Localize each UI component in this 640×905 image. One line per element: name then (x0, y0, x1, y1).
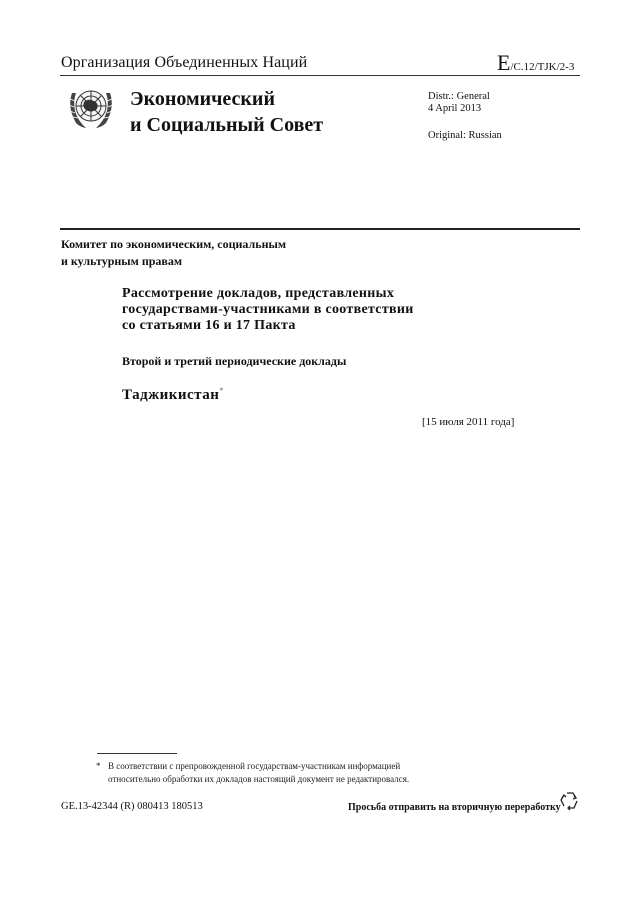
footnote-mark: * (96, 760, 101, 773)
agenda-line2: государствами-участниками в соответствии (122, 302, 414, 318)
un-emblem-icon (64, 83, 118, 133)
report-subtitle: Второй и третий периодические доклады (122, 354, 346, 369)
council-title-line2: и Социальный Совет (130, 112, 323, 138)
country-heading: Таджикистан* (122, 386, 224, 404)
received-date: [15 июля 2011 года] (422, 416, 514, 428)
organization-name: Организация Объединенных Наций (61, 54, 307, 72)
section-divider (60, 228, 580, 230)
committee-line2: и культурным правам (61, 253, 286, 270)
symbol-rest: /C.12/TJK/2-3 (510, 61, 574, 73)
footnote-divider (97, 753, 177, 754)
header-divider (60, 75, 580, 76)
council-title-line1: Экономический (130, 86, 323, 112)
committee-name: Комитет по экономическим, социальным и к… (61, 236, 286, 270)
footnote-reference[interactable]: * (219, 386, 224, 395)
country-name: Таджикистан (122, 387, 219, 403)
agenda-line1: Рассмотрение докладов, представленных (122, 286, 414, 302)
document-symbol: E/C.12/TJK/2-3 (497, 50, 574, 76)
original-language: Original: Russian (428, 130, 502, 141)
distribution-type: Distr.: General (428, 91, 490, 103)
footnote: * В соответствии с препровожденной госуд… (108, 760, 409, 786)
footnote-line2: относительно обработки их докладов насто… (108, 773, 409, 786)
committee-line1: Комитет по экономическим, социальным (61, 236, 286, 253)
symbol-prefix: E (497, 50, 510, 75)
recycle-icon (558, 789, 582, 813)
issue-date: 4 April 2013 (428, 103, 490, 115)
distribution-block: Distr.: General 4 April 2013 (428, 91, 490, 115)
job-number: GE.13-42344 (R) 080413 180513 (61, 801, 203, 812)
council-title: Экономический и Социальный Совет (130, 86, 323, 138)
agenda-line3: со статьями 16 и 17 Пакта (122, 318, 414, 334)
footnote-line1: В соответствии с препровожденной государ… (108, 760, 409, 773)
agenda-title: Рассмотрение докладов, представленных го… (122, 286, 414, 334)
recycle-notice: Просьба отправить на вторичную переработ… (348, 802, 561, 813)
